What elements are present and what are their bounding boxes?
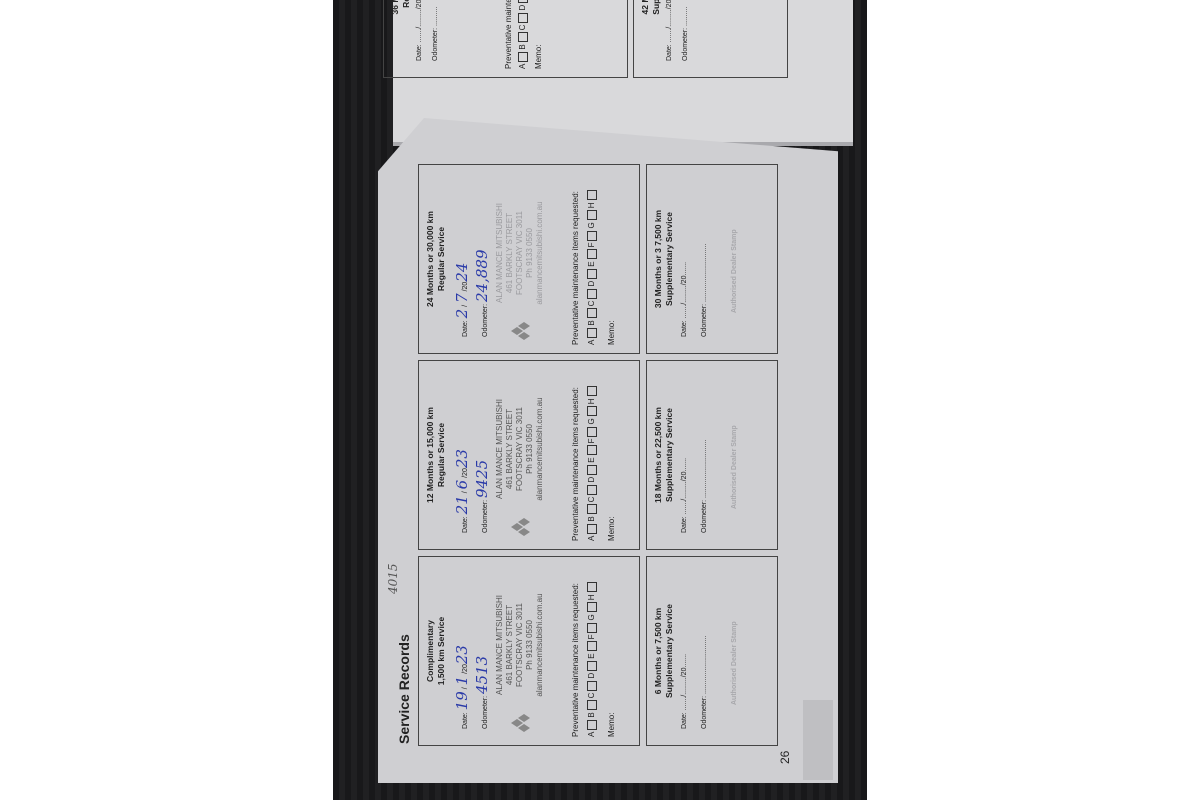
checkbox-h [587, 191, 597, 201]
dealer-stamp: ALAN MANCE MITSUBISHI461 BARKLY STREETFO… [495, 193, 545, 313]
page-number: 26 [778, 751, 792, 764]
service-grid: Complimentary1,500 km ServiceDate: 19 / … [418, 156, 778, 746]
checkbox-a [587, 524, 597, 534]
mitsubishi-logo-icon [511, 321, 531, 341]
checkbox-d [587, 661, 597, 671]
page-title: Service Records [396, 634, 412, 744]
service-title: 12 Months or 15,000 kmRegular Service [425, 361, 447, 549]
service-box: 12 Months or 15,000 kmRegular ServiceDat… [418, 360, 640, 550]
handwritten-odometer: 24,889 [473, 249, 491, 302]
service-box: 30 Months or 3 7,500 kmSupplementary Ser… [646, 164, 778, 354]
checkbox-c [587, 289, 597, 299]
checkbox-h [587, 583, 597, 593]
service-title: 6 Months or 7,500 kmSupplementary Servic… [653, 557, 675, 745]
handwritten-date: 21 [453, 495, 471, 514]
maintenance-label: Preventative maintenance items requested… [571, 583, 580, 737]
checkbox-b [587, 308, 597, 318]
service-title: 30 Months or 3 7,500 kmSupplementary Ser… [653, 165, 675, 353]
date-field: Date: ......./........./20....... [681, 262, 688, 337]
date-field: Date: 21 / 6 /2023 [453, 449, 471, 533]
checkbox-g [587, 406, 597, 416]
service-title: 18 Months or 22,500 kmSupplementary Serv… [653, 361, 675, 549]
odometer-field: Odometer: .............................. [701, 636, 708, 729]
checkbox-f [587, 427, 597, 437]
memo-label: Memo: [607, 517, 616, 541]
odometer-field: Odometer: 24,889 [473, 249, 491, 337]
checkbox-a [587, 328, 597, 338]
checkbox-c [587, 681, 597, 691]
checkbox-e [587, 445, 597, 455]
mitsubishi-logo-icon [511, 517, 531, 537]
service-records-page: Service Records 4015 26 Complimentary1,5… [378, 142, 808, 782]
checkbox-f [587, 231, 597, 241]
dealer-stamp: ALAN MANCE MITSUBISHI461 BARKLY STREETFO… [495, 585, 545, 705]
service-title: Complimentary1,500 km Service [425, 557, 447, 745]
authorised-stamp-area: Authorised Dealer Stamp [731, 229, 738, 313]
checkbox-b [587, 504, 597, 514]
handwritten-odometer: 9425 [473, 460, 491, 498]
checkbox-f [587, 623, 597, 633]
date-field: Date: ......./........./20....... [681, 458, 688, 533]
mitsubishi-logo-icon [511, 713, 531, 733]
checkbox-h [587, 387, 597, 397]
maintenance-checkboxes[interactable]: ABCDEFGH [587, 189, 597, 346]
handwritten-date: 19 [453, 691, 471, 710]
service-box: 18 Months or 22,500 kmSupplementary Serv… [646, 360, 778, 550]
service-box: Complimentary1,500 km ServiceDate: 19 / … [418, 556, 640, 746]
checkbox-d [587, 269, 597, 279]
service-box-42-months: 42 Months orSupplementa Date: ......./..… [633, 0, 788, 78]
checkbox-c [587, 485, 597, 495]
checkbox-d [587, 465, 597, 475]
date-field: Date: ......./........./20....... [681, 654, 688, 729]
memo-label: Memo: [607, 713, 616, 737]
handwritten-note: 4015 [386, 563, 400, 594]
maintenance-checkboxes[interactable]: ABCDEFGH [587, 581, 597, 738]
maintenance-label: Preventative maintenance items requested… [571, 191, 580, 345]
checkbox-e [587, 249, 597, 259]
maintenance-checkboxes[interactable]: ABCDE [518, 0, 528, 69]
service-box: 24 Months or 30,000 kmRegular ServiceDat… [418, 164, 640, 354]
checkbox-e [587, 641, 597, 651]
checkbox-g [587, 602, 597, 612]
photo-background: 36 Months orRegular S Date: ......./....… [333, 0, 867, 800]
checkbox-a [587, 720, 597, 730]
authorised-stamp-area: Authorised Dealer Stamp [731, 621, 738, 705]
authorised-stamp-area: Authorised Dealer Stamp [731, 425, 738, 509]
service-box: 6 Months or 7,500 kmSupplementary Servic… [646, 556, 778, 746]
handwritten-date: 2 [453, 309, 471, 319]
checkbox-g [587, 210, 597, 220]
odometer-field: Odometer: 4513 [473, 656, 491, 729]
odometer-field: Odometer: 9425 [473, 460, 491, 533]
handwritten-odometer: 4513 [473, 656, 491, 694]
odometer-field: Odometer: .............................. [701, 440, 708, 533]
date-field: Date: 2 / 7 /2024 [453, 263, 471, 337]
service-title: 24 Months or 30,000 kmRegular Service [425, 165, 447, 353]
checkbox-b [587, 700, 597, 710]
date-field: Date: 19 / 1 /2023 [453, 645, 471, 729]
facing-page-content: 36 Months orRegular S Date: ......./....… [393, 0, 853, 138]
memo-label: Memo: [607, 321, 616, 345]
service-box-36-months: 36 Months orRegular S Date: ......./....… [383, 0, 628, 78]
maintenance-checkboxes[interactable]: ABCDEFGH [587, 385, 597, 542]
maintenance-label: Preventative maintenance items requested… [571, 387, 580, 541]
odometer-field: Odometer: .............................. [701, 244, 708, 337]
dealer-stamp: ALAN MANCE MITSUBISHI461 BARKLY STREETFO… [495, 389, 545, 509]
